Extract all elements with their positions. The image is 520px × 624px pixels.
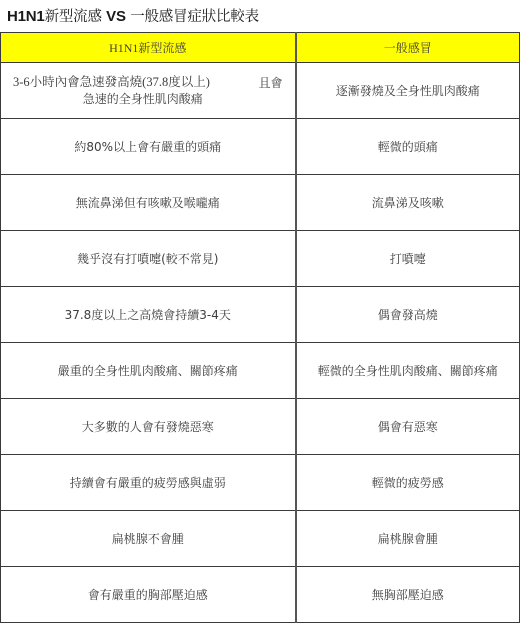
cell-common-cold: 逐漸發燒及全身性肌肉酸痛 — [296, 63, 520, 119]
header-row: H1N1新型流感 一般感冒 — [1, 33, 520, 63]
cell-h1n1: 3-6小時內會急速發高燒(37.8度以上) 且會 急速的全身性肌肉酸痛 — [1, 63, 296, 119]
page-title-part1: 新型流感 — [45, 9, 107, 25]
table-row: 大多數的人會有發燒惡寒 偶會有惡寒 — [1, 399, 520, 455]
cell-h1n1: 會有嚴重的胸部壓迫感 — [1, 567, 296, 623]
cell-common-cold: 輕微的頭痛 — [296, 119, 520, 175]
table-row: 無流鼻涕但有咳嗽及喉嚨痛 流鼻涕及咳嗽 — [1, 175, 520, 231]
comparison-table: H1N1新型流感 一般感冒 3-6小時內會急速發高燒(37.8度以上) 且會 急… — [0, 32, 520, 623]
cell-common-cold: 扁桃腺會腫 — [296, 511, 520, 567]
cell-h1n1: 嚴重的全身性肌肉酸痛、關節疼痛 — [1, 343, 296, 399]
header-h1n1: H1N1新型流感 — [1, 33, 296, 63]
cell-common-cold: 輕微的疲勞感 — [296, 455, 520, 511]
cell-h1n1: 扁桃腺不會腫 — [1, 511, 296, 567]
table-row: 幾乎沒有打噴嚏(較不常見) 打噴嚏 — [1, 231, 520, 287]
table-row: 會有嚴重的胸部壓迫感 無胸部壓迫感 — [1, 567, 520, 623]
cell-h1n1: 37.8度以上之高燒會持續3-4天 — [1, 287, 296, 343]
cell-h1n1-line2: 急速的全身性肌肉酸痛 — [7, 91, 289, 108]
table-row: 約80%以上會有嚴重的頭痛 輕微的頭痛 — [1, 119, 520, 175]
cell-common-cold: 流鼻涕及咳嗽 — [296, 175, 520, 231]
page-title: H1N1新型流感 VS 一般感冒症狀比較表 — [7, 6, 259, 28]
table-row: 嚴重的全身性肌肉酸痛、關節疼痛 輕微的全身性肌肉酸痛、關節疼痛 — [1, 343, 520, 399]
cell-h1n1: 幾乎沒有打噴嚏(較不常見) — [1, 231, 296, 287]
cell-h1n1: 持續會有嚴重的疲勞感與虛弱 — [1, 455, 296, 511]
page-title-part2: 一般感冒症狀比較表 — [126, 9, 259, 25]
cell-common-cold: 無胸部壓迫感 — [296, 567, 520, 623]
cell-common-cold: 偶會發高燒 — [296, 287, 520, 343]
table-row: 3-6小時內會急速發高燒(37.8度以上) 且會 急速的全身性肌肉酸痛 逐漸發燒… — [1, 63, 520, 119]
page-title-vs: VS — [106, 8, 126, 25]
cell-common-cold: 偶會有惡寒 — [296, 399, 520, 455]
table-row: 37.8度以上之高燒會持續3-4天 偶會發高燒 — [1, 287, 520, 343]
cell-h1n1: 大多數的人會有發燒惡寒 — [1, 399, 296, 455]
cell-common-cold: 輕微的全身性肌肉酸痛、關節疼痛 — [296, 343, 520, 399]
cell-h1n1-line1: 3-6小時內會急速發高燒(37.8度以上) — [7, 74, 289, 91]
header-common-cold: 一般感冒 — [296, 33, 520, 63]
cell-h1n1: 無流鼻涕但有咳嗽及喉嚨痛 — [1, 175, 296, 231]
page-title-bold: H1N1 — [7, 8, 45, 25]
cell-h1n1-line1-tail: 且會 — [258, 75, 282, 92]
table-row: 扁桃腺不會腫 扁桃腺會腫 — [1, 511, 520, 567]
cell-common-cold: 打噴嚏 — [296, 231, 520, 287]
cell-h1n1: 約80%以上會有嚴重的頭痛 — [1, 119, 296, 175]
table-row: 持續會有嚴重的疲勞感與虛弱 輕微的疲勞感 — [1, 455, 520, 511]
